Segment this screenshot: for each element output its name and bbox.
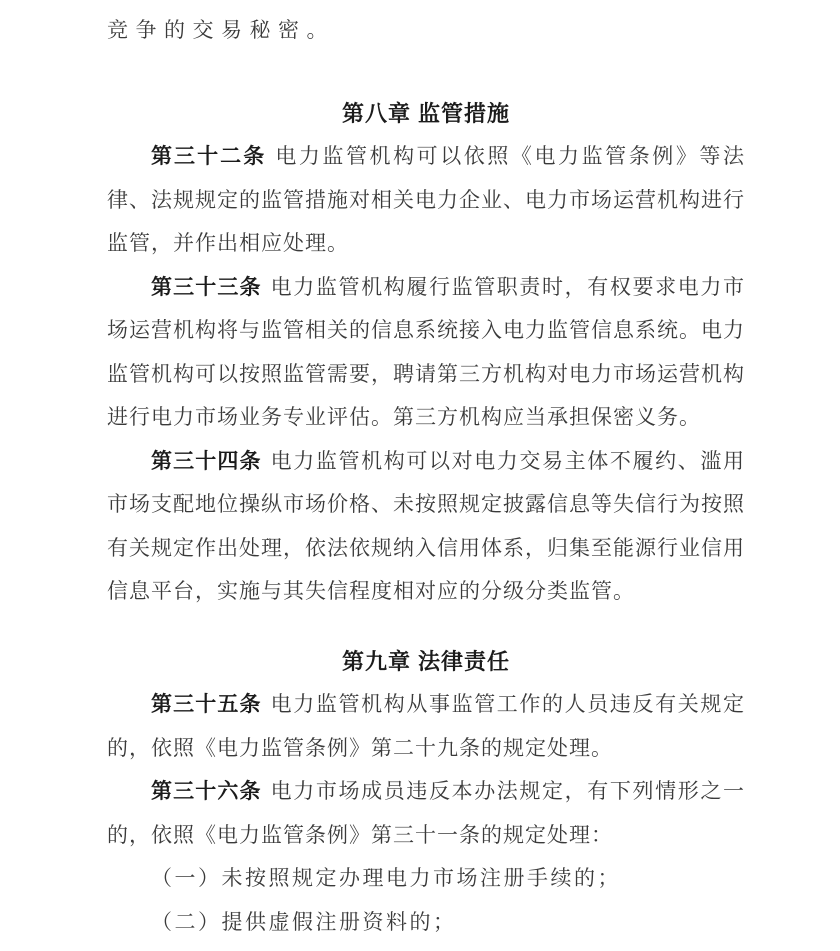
article-33-paragraph: 第三十三条电力监管机构履行监管职责时，有权要求电力市场运营机构将与监管相关的信息… [107,266,745,440]
article-32-number: 第三十二条 [151,145,266,168]
document-page: 竞争的交易秘密。 第八章 监管措施 第三十二条电力监管机构可以依照《电力监管条例… [0,0,840,951]
article-36-item-2: （二）提供虚假注册资料的； [107,901,745,945]
continuation-paragraph: 竞争的交易秘密。 [107,9,745,53]
article-36-number: 第三十六条 [151,780,262,803]
article-35-number: 第三十五条 [151,693,262,716]
article-34-paragraph: 第三十四条电力监管机构可以对电力交易主体不履约、滥用市场支配地位操纵市场价格、未… [107,440,745,614]
article-32-paragraph: 第三十二条电力监管机构可以依照《电力监管条例》等法律、法规规定的监管措施对相关电… [107,135,745,266]
article-36-paragraph: 第三十六条电力市场成员违反本办法规定，有下列情形之一的，依照《电力监管条例》第三… [107,770,745,857]
article-36-item-1: （一）未按照规定办理电力市场注册手续的； [107,857,745,901]
chapter-heading-9: 第九章 法律责任 [107,640,745,684]
article-33-number: 第三十三条 [151,276,262,299]
chapter-heading-8: 第八章 监管措施 [107,92,745,136]
article-35-paragraph: 第三十五条电力监管机构从事监管工作的人员违反有关规定的，依照《电力监管条例》第二… [107,683,745,770]
article-34-number: 第三十四条 [151,450,262,473]
